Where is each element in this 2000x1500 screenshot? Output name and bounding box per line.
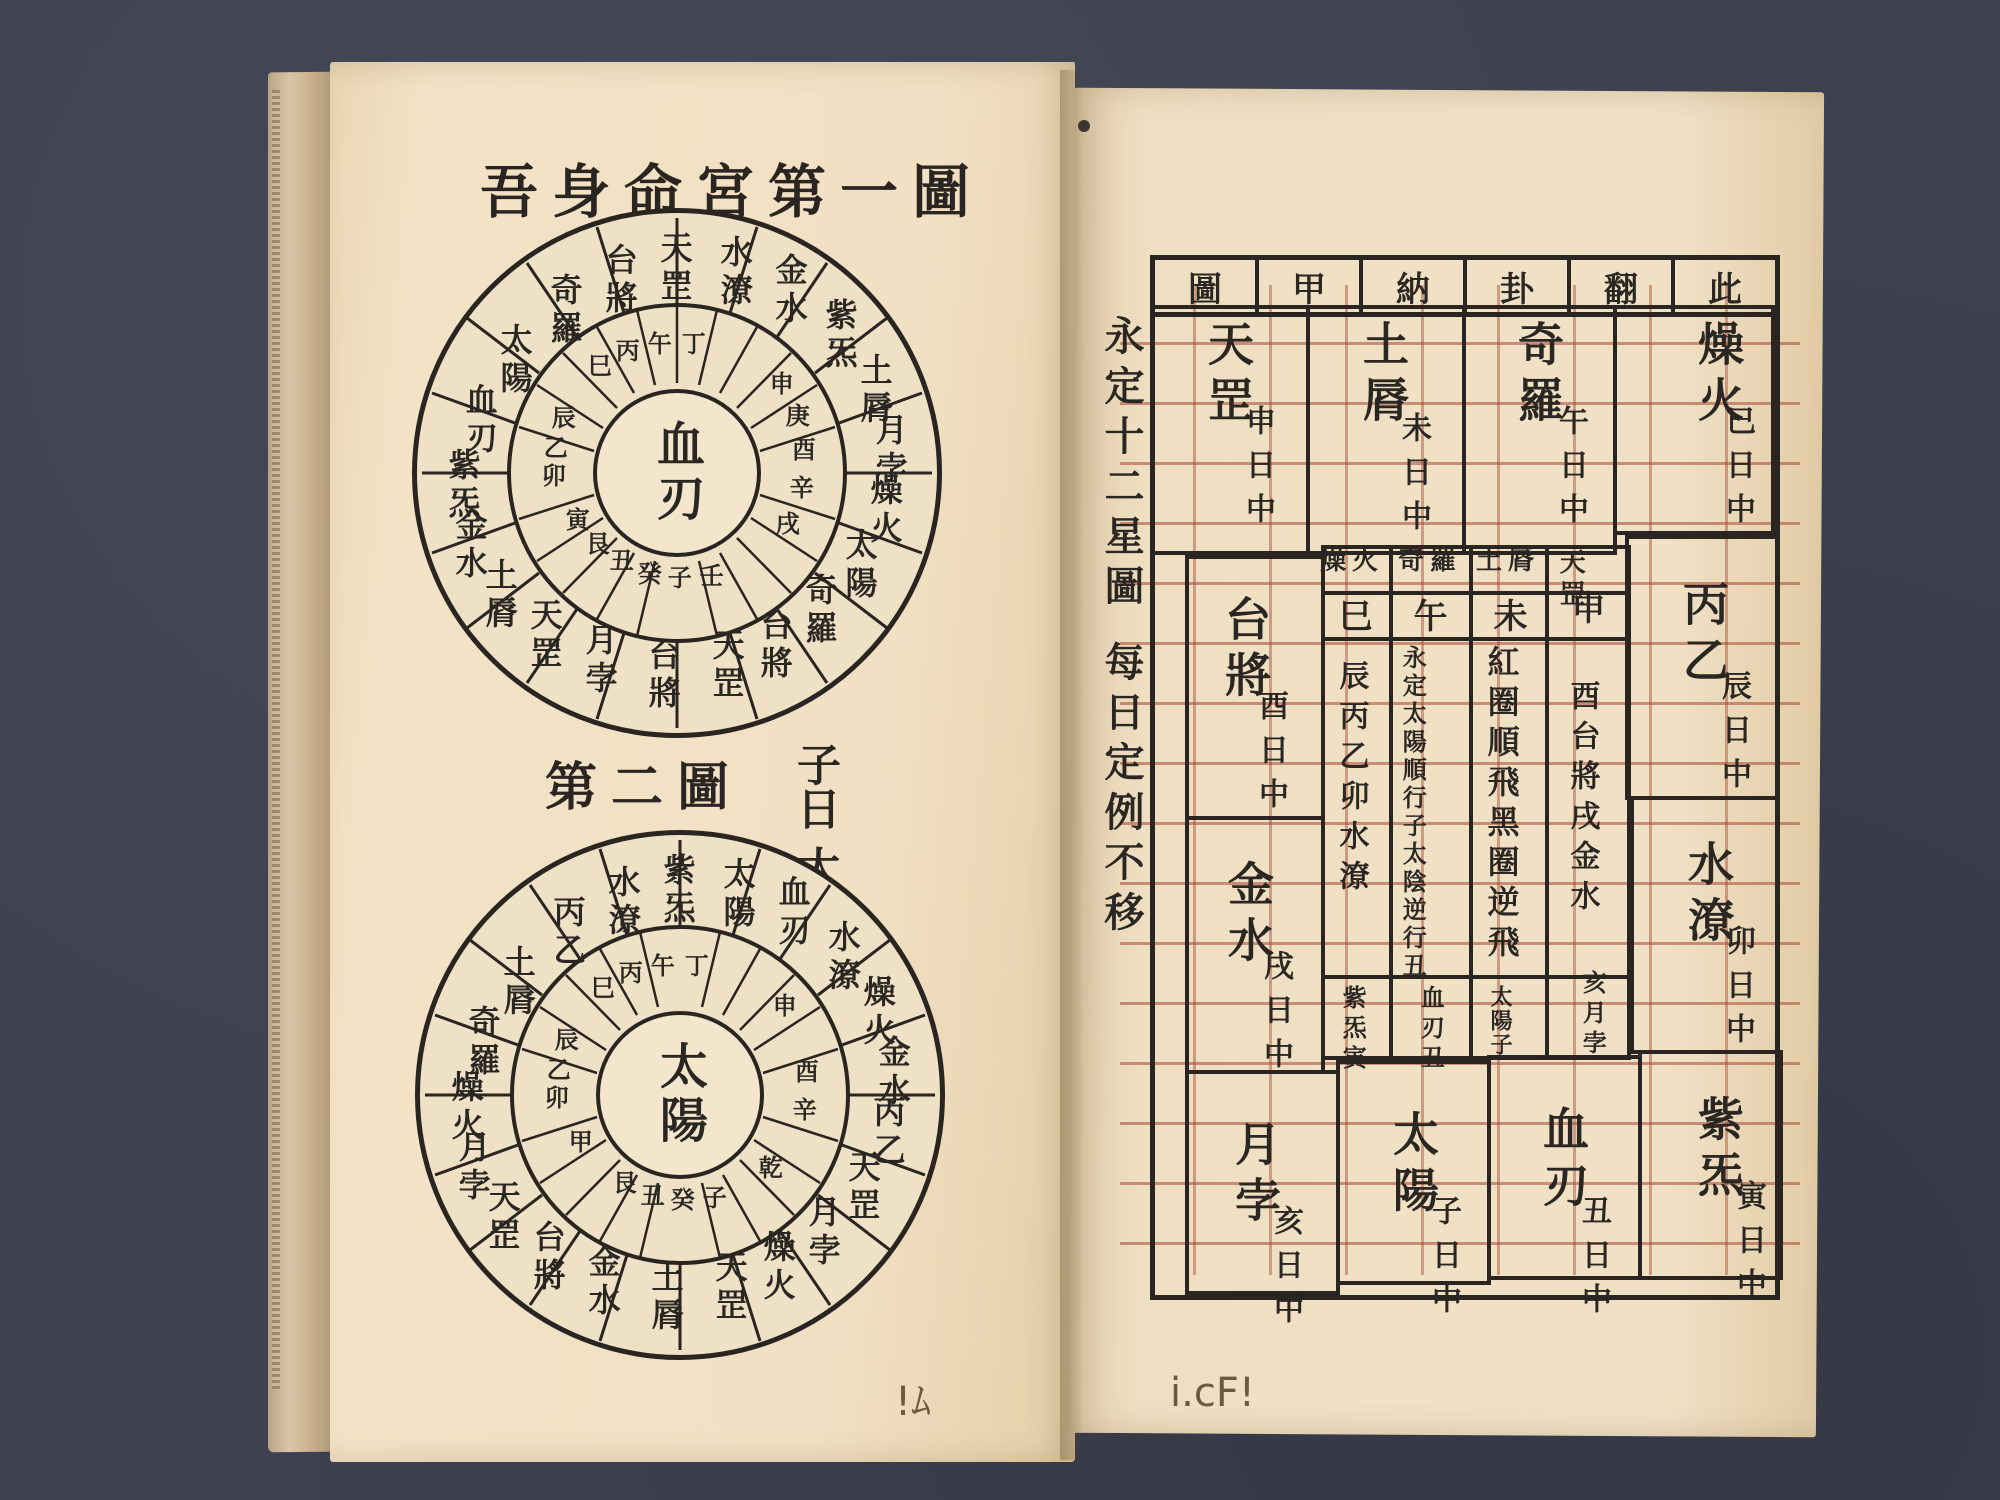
marginalia-left: !ﾑ bbox=[895, 1370, 931, 1427]
time-label: 卯日中 bbox=[1722, 925, 1752, 1057]
inner-text: 水潦 bbox=[1334, 820, 1369, 900]
inner-text: 太陰 bbox=[1398, 841, 1427, 897]
inner-top-label: 燥火 bbox=[1320, 548, 1384, 575]
inner-top-label: 奇羅 bbox=[1398, 548, 1462, 575]
inner-red-column-tail: 太陽子 bbox=[1488, 985, 1511, 1057]
inner-text: 戌 bbox=[1565, 800, 1600, 840]
ring-label: 酉 bbox=[789, 437, 814, 467]
inner-bottom-label: 紫炁寅 bbox=[1340, 985, 1365, 1075]
figure-2-wheel: 太陽 土脣 金水 台將 天罡 月孛 燥火 奇羅 土脣 丙乙 水潦 紫炁 太陽 血… bbox=[415, 830, 945, 1360]
ring-label: 庚 bbox=[783, 403, 808, 433]
inner-text: 子 bbox=[1398, 813, 1427, 841]
inner-left-col: 酉台將戌金水 bbox=[1566, 680, 1598, 920]
ring-label: 申 bbox=[767, 371, 792, 401]
ring-label: 土脣 bbox=[500, 945, 534, 1021]
ring-label: 金水 bbox=[772, 253, 806, 329]
side-caption-line-1: 永定十二星圖 bbox=[1098, 315, 1145, 615]
ring-label: 台將 bbox=[757, 608, 791, 684]
ring-label: 丙乙 bbox=[550, 895, 584, 971]
inner-text: 永定 bbox=[1398, 645, 1427, 701]
inner-text: 太陽 bbox=[1398, 701, 1427, 757]
ring-label: 燥火 bbox=[448, 1070, 482, 1146]
ring-label: 巳 bbox=[588, 975, 613, 1005]
inner-branch: 巳 bbox=[1335, 598, 1369, 642]
ring-label: 台將 bbox=[530, 1220, 564, 1296]
time-label: 亥日中 bbox=[1270, 1205, 1300, 1337]
note-line: 子日 bbox=[789, 742, 840, 830]
ring-label: 奇羅 bbox=[465, 1005, 499, 1081]
ring-label: 天罡 bbox=[709, 628, 743, 704]
ring-label: 艮 bbox=[610, 1170, 635, 1200]
ring-label: 卯 bbox=[542, 1085, 567, 1115]
ring-label: 血刃 bbox=[775, 875, 809, 951]
ring-label: 辰 bbox=[552, 1027, 577, 1057]
ring-label: 金水 bbox=[585, 1245, 619, 1321]
ring-label: 乙 bbox=[541, 435, 566, 465]
ring-label: 月孛 bbox=[582, 623, 616, 699]
ring-label: 癸 bbox=[668, 1187, 693, 1217]
inner-text: 卯 bbox=[1334, 780, 1369, 820]
time-label: 寅日中 bbox=[1733, 1180, 1763, 1312]
ring-label: 丁 bbox=[682, 953, 707, 983]
ring-label: 丙 bbox=[616, 960, 641, 990]
figure-2-center: 太陽 bbox=[596, 1011, 764, 1179]
time-label: 午日中 bbox=[1555, 405, 1585, 537]
inner-text: 逆行 bbox=[1398, 897, 1427, 953]
ring-label: 燥火 bbox=[760, 1230, 794, 1306]
inner-branch: 未 bbox=[1490, 598, 1524, 642]
ring-label: 天罡 bbox=[712, 1250, 746, 1326]
inner-text: 辰 bbox=[1334, 660, 1369, 700]
inner-top-label: 土脣 bbox=[1476, 548, 1540, 575]
ring-label: 水潦 bbox=[717, 235, 751, 311]
ring-label: 天罡 bbox=[527, 598, 561, 674]
inner-text: 金水 bbox=[1565, 840, 1600, 920]
side-caption-line-2: 每日定例不移 bbox=[1098, 641, 1145, 941]
time-label: 未日中 bbox=[1398, 412, 1428, 544]
inner-text: 順行 bbox=[1398, 757, 1427, 813]
ring-label: 癸 bbox=[635, 561, 660, 591]
ring-label: 壬 bbox=[697, 563, 722, 593]
figure-2-title: 第二圖 bbox=[545, 745, 743, 820]
ring-label: 子 bbox=[665, 565, 690, 595]
ring-label: 紫炁 bbox=[660, 853, 694, 929]
ring-label: 太陽 bbox=[497, 323, 531, 399]
ring-label: 奇羅 bbox=[547, 273, 581, 349]
ink-dot bbox=[1078, 120, 1090, 132]
inner-text: 丑 bbox=[1398, 953, 1427, 981]
inner-red-column: 紅圈順飛黑圈逆飛 bbox=[1484, 645, 1518, 965]
inner-bottom-label: 亥月孛 bbox=[1580, 970, 1605, 1060]
ring-label: 奇羅 bbox=[802, 573, 836, 649]
inner-note-col-1: 永定太陽順行子太陰逆行丑 bbox=[1400, 645, 1425, 981]
ring-label: 天罡 bbox=[657, 231, 691, 307]
inner-right-col: 辰丙乙卯水潦 bbox=[1335, 660, 1367, 900]
time-label: 丑日中 bbox=[1578, 1195, 1608, 1327]
ring-label: 辛 bbox=[787, 475, 812, 505]
ring-label: 辰 bbox=[549, 405, 574, 435]
inner-branch: 申 bbox=[1568, 590, 1602, 634]
ring-label: 甲 bbox=[566, 1129, 591, 1159]
ring-label: 子 bbox=[700, 1185, 725, 1215]
ring-label: 戌 bbox=[773, 511, 798, 541]
ring-label: 丙 bbox=[613, 338, 638, 368]
spine-stitching bbox=[272, 90, 280, 1390]
ring-label: 月孛 bbox=[805, 1195, 839, 1271]
inner-text: 丙乙 bbox=[1334, 700, 1369, 780]
book-gutter bbox=[1060, 70, 1084, 1460]
ring-label: 太陽 bbox=[720, 857, 754, 933]
time-label: 戌日中 bbox=[1260, 950, 1290, 1082]
ring-label: 巳 bbox=[585, 353, 610, 383]
time-label: 酉日中 bbox=[1255, 690, 1285, 822]
ring-label: 水潦 bbox=[825, 920, 859, 996]
inner-text: 台將 bbox=[1565, 720, 1600, 800]
figure-1-wheel: 血刃 天罡 台將 奇羅 太陽 燥火 月孛 土脣 紫炁 金水 水潦 天罡 台將 奇… bbox=[412, 208, 942, 738]
ring-label: 土脣 bbox=[857, 353, 891, 429]
ring-label: 酉 bbox=[792, 1059, 817, 1089]
marginalia-right: i.cF! bbox=[1170, 1370, 1255, 1416]
ring-label: 申 bbox=[770, 993, 795, 1023]
ring-label: 午 bbox=[648, 953, 673, 983]
ring-label: 辛 bbox=[790, 1097, 815, 1127]
side-caption: 永定十二星圖每日定例不移 bbox=[1093, 315, 1150, 941]
inner-text: 酉 bbox=[1565, 680, 1600, 720]
ring-label: 寅 bbox=[563, 507, 588, 537]
ring-label: 卯 bbox=[539, 463, 564, 493]
time-label: 巳日中 bbox=[1722, 405, 1752, 537]
time-label: 辰日中 bbox=[1718, 670, 1748, 802]
ring-label: 台將 bbox=[602, 243, 636, 319]
ring-label: 乾 bbox=[756, 1155, 781, 1185]
ring-label: 午 bbox=[645, 331, 670, 361]
ring-label: 丑 bbox=[607, 548, 632, 578]
ring-label: 丑 bbox=[638, 1183, 663, 1213]
ring-label: 天罡 bbox=[845, 1150, 879, 1226]
ring-label: 水潦 bbox=[605, 865, 639, 941]
ring-label: 乙 bbox=[544, 1057, 569, 1087]
time-label: 子日中 bbox=[1428, 1195, 1458, 1327]
ring-label: 丁 bbox=[679, 331, 704, 361]
ring-label: 紫炁 bbox=[822, 298, 856, 374]
ring-label: 土脣 bbox=[482, 558, 516, 634]
ring-label: 土脣 bbox=[648, 1260, 682, 1336]
time-label: 申日中 bbox=[1242, 405, 1272, 537]
inner-branch: 午 bbox=[1410, 598, 1444, 642]
inner-bottom-label: 血刃丑 bbox=[1418, 985, 1443, 1075]
figure-1-center: 血刃 bbox=[593, 389, 761, 557]
ring-label: 台將 bbox=[645, 638, 679, 714]
